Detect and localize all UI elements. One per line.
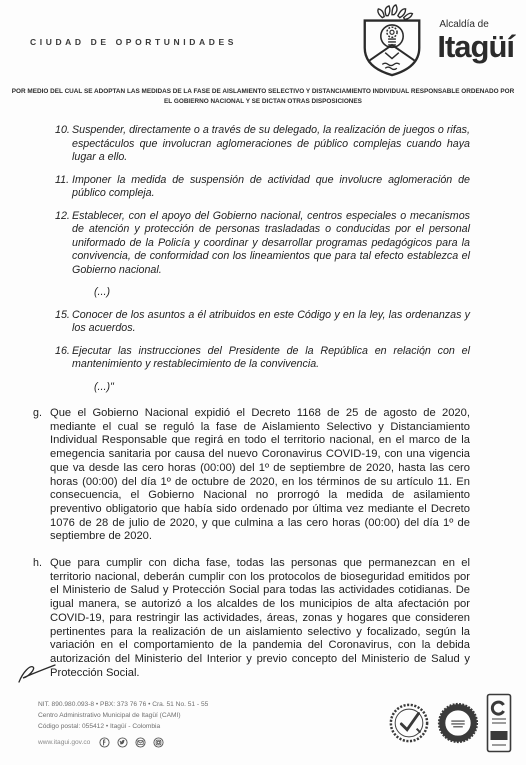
logo-wordmark: Alcaldía de Itagüí	[437, 20, 514, 62]
document-subject: POR MEDIO DEL CUAL SE ADOPTAN LAS MEDIDA…	[8, 87, 518, 107]
itagui-shield-crest-icon	[353, 4, 431, 78]
footer-line-address: Centro Administrativo Municipal de Itagü…	[38, 710, 208, 721]
list-item-number: 16.	[33, 345, 72, 372]
paragraph-text: Que el Gobierno Nacional expidió el Decr…	[50, 407, 470, 544]
facebook-icon	[99, 737, 110, 748]
iqnet-seal-icon	[436, 699, 480, 747]
list-item-10: 10. Suspender, directamente o a través d…	[33, 124, 470, 165]
logo-org-name: Itagüí	[437, 31, 514, 62]
social-icons-group	[99, 737, 164, 748]
document-page: CIUDAD DE OPORTUNIDADES	[0, 0, 526, 765]
list-item-text: Suspender, directamente o a través de su…	[72, 124, 470, 165]
footer-line-postal: Código postal: 055412 • Itagüí - Colombi…	[38, 721, 208, 732]
cert-badge-icon	[486, 693, 512, 753]
instagram-icon	[153, 737, 164, 748]
footer-contact-block: NIT. 890.980.093-8 • PBX: 373 76 76 • Cr…	[38, 699, 208, 733]
list-item-text: Establecer, con el apoyo del Gobierno na…	[72, 210, 470, 278]
list-item-number: 12.	[33, 210, 72, 278]
paragraph-text: Que para cumplir con dicha fase, todas l…	[50, 557, 470, 680]
list-item-number: 15.	[33, 309, 72, 336]
paragraph-letter: g.	[33, 407, 50, 544]
paragraph-h: h. Que para cumplir con dicha fase, toda…	[33, 557, 470, 680]
footer-line-nit: NIT. 890.980.093-8 • PBX: 373 76 76 • Cr…	[38, 699, 208, 710]
website-url: www.itagui.gov.co	[38, 739, 90, 746]
icontec-check-seal-icon	[388, 700, 430, 746]
list-item-text: Ejecutar las instrucciones del President…	[72, 345, 470, 372]
certification-stamps	[388, 693, 512, 753]
footer-website-row: www.itagui.gov.co	[38, 737, 164, 748]
list-item-15: 15. Conocer de los asuntos a él atribuid…	[33, 309, 470, 336]
alcaldia-itagui-logo: Alcaldía de Itagüí	[353, 4, 514, 78]
stray-scan-mark: ”	[421, 352, 424, 362]
list-item-16: 16. Ejecutar las instrucciones del Presi…	[33, 345, 470, 372]
list-item-number: 10.	[33, 124, 72, 165]
omission-marker: (...)	[94, 286, 470, 300]
list-item-11: 11. Imponer la medida de suspensión de a…	[33, 174, 470, 201]
document-body: 10. Suspender, directamente o a través d…	[33, 124, 470, 680]
pen-initial-squiggle-icon	[16, 660, 58, 691]
list-item-12: 12. Establecer, con el apoyo del Gobiern…	[33, 210, 470, 278]
email-icon	[135, 737, 146, 748]
city-tagline: CIUDAD DE OPORTUNIDADES	[30, 37, 237, 47]
list-item-number: 11.	[33, 174, 72, 201]
omission-marker-closing-quote: (...)"	[94, 381, 470, 395]
twitter-icon	[117, 737, 128, 748]
list-item-text: Conocer de los asuntos a él atribuidos e…	[72, 309, 470, 336]
paragraph-g: g. Que el Gobierno Nacional expidió el D…	[33, 407, 470, 544]
list-item-text: Imponer la medida de suspensión de activ…	[72, 174, 470, 201]
